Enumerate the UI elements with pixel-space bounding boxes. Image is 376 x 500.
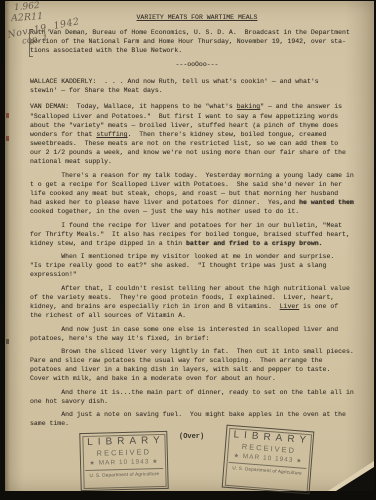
text-line: "Scalloped Liver and Potatoes." But firs… bbox=[30, 112, 364, 121]
paragraph: There's a reason for my talk today. Yest… bbox=[30, 171, 364, 217]
paragraph: And there it is...the main part of dinne… bbox=[30, 388, 364, 406]
text-line: t o get a recipe for Scalloped Liver wit… bbox=[30, 180, 364, 189]
library-stamp: LIBRARY RECEIVED ★ MAR 10 1943 ★ U. S. D… bbox=[222, 425, 315, 495]
text-line: And now just in case some one else is in… bbox=[30, 325, 364, 334]
text-line: VAN DEMAN: Today, Wallace, it happens to… bbox=[30, 102, 364, 111]
text-line: potatoes, here's the way it's fixed, in … bbox=[30, 334, 364, 343]
text-line: "Is tripe really good to eat?" she asked… bbox=[30, 261, 364, 270]
star-icon: ★ bbox=[233, 453, 240, 459]
paragraphs: WALLACE KADDERLY: . . . And now Ruth, te… bbox=[30, 77, 364, 429]
library-stamp: LIBRARY RECEIVED ★ MAR 10 1943 ★ U. S. D… bbox=[79, 431, 168, 491]
page-corner-shadow bbox=[336, 467, 374, 491]
stamp-library-text: LIBRARY bbox=[80, 435, 166, 448]
text-line: stewin' — for Share the Meat days. bbox=[30, 86, 364, 95]
document-page: 1.962 A2R11 Nov. 19, 1942 cop. 1 VARIETY… bbox=[5, 1, 374, 491]
text-line: life cooked any meat but steak, chops, a… bbox=[30, 189, 364, 198]
text-line: tions associated with the Blue Network. bbox=[30, 46, 364, 55]
paragraph: After that, I couldn't resist telling he… bbox=[30, 284, 364, 321]
text-line: And there it is...the main part of dinne… bbox=[30, 388, 364, 397]
text-line: one hot savory dish. bbox=[30, 397, 364, 406]
text-line: kidney stew, and tripe dipped in a thin … bbox=[30, 239, 364, 248]
paragraph: VAN DEMAN: Today, Wallace, it happens to… bbox=[30, 102, 364, 166]
text-line: sweetbreads. These meats are not on the … bbox=[30, 139, 364, 148]
margin-mark bbox=[6, 136, 9, 141]
text-line: potatoes and liver in a baking dish in l… bbox=[30, 365, 364, 374]
text-line: There's a reason for my talk today. Yest… bbox=[30, 171, 364, 180]
text-line: our 2 1/2 pounds a week, and know we're … bbox=[30, 148, 364, 157]
text-line: Cover with milk, and bake in a moderate … bbox=[30, 374, 364, 383]
paragraphs-top: Ruth Van Deman, Bureau of Home Economics… bbox=[30, 28, 364, 55]
text-line: And just a note on saving fuel. You migh… bbox=[30, 410, 364, 419]
text-line: When I mentioned tripe my visitor looked… bbox=[30, 252, 364, 261]
scan-background: { "document": { "handwritten_notes": { "… bbox=[0, 0, 376, 500]
paragraph: Ruth Van Deman, Bureau of Home Economics… bbox=[30, 28, 364, 55]
paragraph: And now just in case some one else is in… bbox=[30, 325, 364, 343]
star-icon: ★ bbox=[296, 458, 303, 464]
text-line: for Thrifty Meals." It also has recipes … bbox=[30, 230, 364, 239]
typed-text: VARIETY MEATS FOR WARTIME MEALS Ruth Van… bbox=[30, 13, 364, 428]
text-line: about the "variety" meats — broiled live… bbox=[30, 121, 364, 130]
text-line: Brown the sliced liver very lightly in f… bbox=[30, 347, 364, 356]
text-line: wonders for that stuffing. Then there's … bbox=[30, 130, 364, 139]
text-line: had asked her to please have liver and p… bbox=[30, 198, 364, 207]
paragraph: I found the recipe for liver and potatoe… bbox=[30, 221, 364, 248]
text-line: cooked together, in the oven — just the … bbox=[30, 207, 364, 216]
text-line: the richest of all sources of Vitamin A. bbox=[30, 311, 364, 320]
text-line: After that, I couldn't resist telling he… bbox=[30, 284, 364, 293]
text-line: of the variety meats. They're good prote… bbox=[30, 293, 364, 302]
page-title: VARIETY MEATS FOR WARTIME MEALS bbox=[30, 13, 364, 22]
text-line: expression!" bbox=[30, 270, 364, 279]
stamp-received-text: RECEIVED bbox=[81, 447, 167, 458]
text-line: WALLACE KADDERLY: . . . And now Ruth, te… bbox=[30, 77, 364, 86]
text-line: national meat supply. bbox=[30, 157, 364, 166]
paragraph: When I mentioned tripe my visitor looked… bbox=[30, 252, 364, 279]
stamp-date: ★ MAR 10 1943 ★ bbox=[81, 458, 167, 467]
text-line: portion of the National Farm and Home Ho… bbox=[30, 37, 364, 46]
margin-mark bbox=[6, 339, 9, 344]
text-line: kidney, and brains are especially rich i… bbox=[30, 302, 364, 311]
paragraph: And just a note on saving fuel. You migh… bbox=[30, 410, 364, 428]
paragraph: WALLACE KADDERLY: . . . And now Ruth, te… bbox=[30, 77, 364, 95]
over-label: (Over) bbox=[179, 433, 204, 441]
paragraph: Brown the sliced liver very lightly in f… bbox=[30, 347, 364, 384]
star-icon: ★ bbox=[152, 459, 159, 465]
margin-mark bbox=[6, 113, 9, 118]
star-icon: ★ bbox=[89, 461, 96, 467]
text-line: same time. bbox=[30, 419, 364, 428]
section-separator: ---ooOoo--- bbox=[30, 60, 364, 69]
text-line: Pare and slice raw potatoes the usual wa… bbox=[30, 356, 364, 365]
text-line: Ruth Van Deman, Bureau of Home Economics… bbox=[30, 28, 364, 37]
stamp-agency-text: U. S. Department of Agriculture bbox=[85, 468, 163, 478]
text-line: I found the recipe for liver and potatoe… bbox=[30, 221, 364, 230]
